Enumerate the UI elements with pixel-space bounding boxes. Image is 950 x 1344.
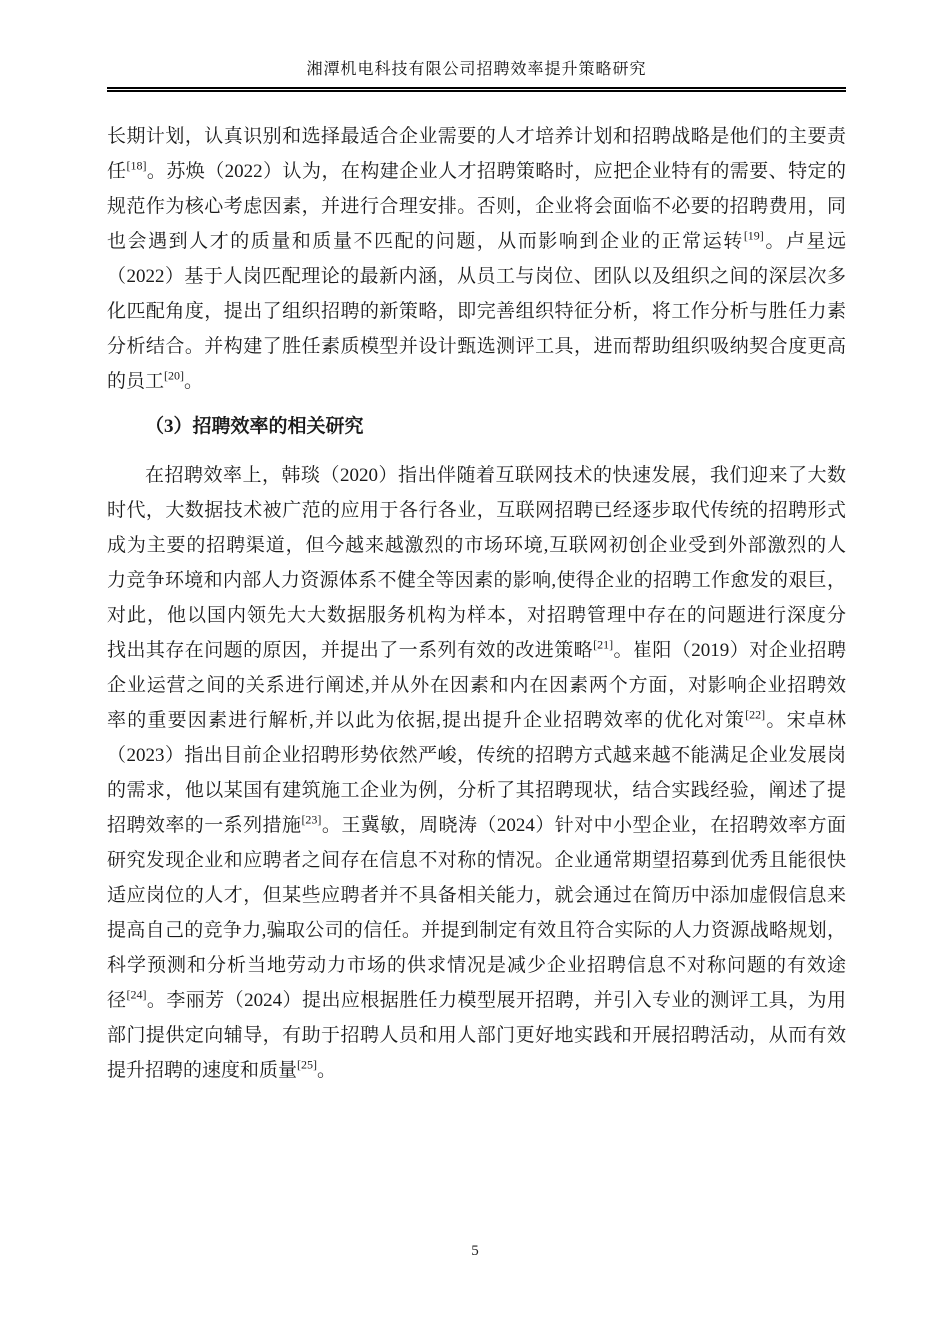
citation-ref: [25] [297,1058,317,1072]
page-header: 湘潭机电科技有限公司招聘效率提升策略研究 [107,58,846,92]
text-line: 成为主要的招聘渠道，但今越来越激烈的市场环境,互联网初创企业受到外部激烈的人 [107,528,846,563]
document-page: 湘潭机电科技有限公司招聘效率提升策略研究 长期计划，认真识别和选择最适合企业需要… [0,0,950,1344]
citation-ref: [22] [745,708,765,722]
text-line: 长期计划，认真识别和选择最适合企业需要的人才培养计划和招聘战略是他们的主要责 [107,119,846,154]
text-line: 科学预测和分析当地劳动力市场的供求情况是减少企业招聘信息不对称问题的有效途 [107,948,846,983]
text-line: 企业运营之间的关系进行阐述,并从外在因素和内在因素两个方面，对影响企业招聘效 [107,668,846,703]
text-line: 提升招聘的速度和质量[25]。 [107,1053,846,1088]
text-line: 提高自己的竞争力,骗取公司的信任。并提到制定有效且符合实际的人力资源战略规划， [107,913,846,948]
paragraph: 在招聘效率上，韩琰（2020）指出伴随着互联网技术的快速发展，我们迎来了大数据时… [107,458,846,1088]
text-line: 率的重要因素进行解析,并以此为依据,提出提升企业招聘效率的优化对策[22]。宋卓… [107,703,846,738]
paragraph: 长期计划，认真识别和选择最适合企业需要的人才培养计划和招聘战略是他们的主要责任[… [107,119,846,399]
text-line: 对此，他以国内领先大大数据服务机构为样本，对招聘管理中存在的问题进行深度分析， [107,598,846,633]
text-line: 任[18]。苏焕（2022）认为，在构建企业人才招聘策略时，应把企业特有的需要、… [107,154,846,189]
text-line: 时代，大数据技术被广范的应用于各行各业，互联网招聘已经逐步取代传统的招聘形式 [107,493,846,528]
text-line: 研究发现企业和应聘者之间存在信息不对称的情况。企业通常期望招募到优秀且能很快 [107,843,846,878]
citation-ref: [18] [126,159,146,173]
header-title: 湘潭机电科技有限公司招聘效率提升策略研究 [107,58,846,82]
citation-ref: [24] [126,988,146,1002]
citation-ref: [21] [593,638,613,652]
text-line: （2022）基于人岗匹配理论的最新内涵，从员工与岗位、团队以及组织之间的深层次多… [107,259,846,294]
text-line: 分析结合。并构建了胜任素质模型并设计甄选测评工具，进而帮助组织吸纳契合度更高 [107,329,846,364]
section-heading: （3）招聘效率的相关研究 [107,409,846,444]
text-line: 部门提供定向辅导，有助于招聘人员和用人部门更好地实践和开展招聘活动，从而有效 [107,1018,846,1053]
citation-ref: [19] [744,229,764,243]
text-line: 规范作为核心考虑因素，并进行合理安排。否则，企业将会面临不必要的招聘费用，同时 [107,189,846,224]
page-number: 5 [471,1243,479,1259]
text-line: （2023）指出目前企业招聘形势依然严峻，传统的招聘方式越来越不能满足企业发展岗… [107,738,846,773]
text-line: 在招聘效率上，韩琰（2020）指出伴随着互联网技术的快速发展，我们迎来了大数据 [107,458,846,493]
text-line: 招聘效率的一系列措施[23]。王冀敏，周晓涛（2024）针对中小型企业，在招聘效… [107,808,846,843]
text-line: 化匹配角度，提出了组织招聘的新策略，即完善组织特征分析，将工作分析与胜任力素质 [107,294,846,329]
text-line: 的员工[20]。 [107,364,846,399]
text-line: 力竞争环境和内部人力资源体系不健全等因素的影响,使得企业的招聘工作愈发的艰巨， [107,563,846,598]
citation-ref: [23] [301,813,321,827]
text-line: 径[24]。李丽芳（2024）提出应根据胜任力模型展开招聘，并引入专业的测评工具… [107,983,846,1018]
page-footer: 5 [0,1242,950,1260]
document-body: 长期计划，认真识别和选择最适合企业需要的人才培养计划和招聘战略是他们的主要责任[… [107,119,846,1088]
header-rule [107,87,846,92]
text-line: 适应岗位的人才，但某些应聘者并不具备相关能力，就会通过在简历中添加虚假信息来 [107,878,846,913]
citation-ref: [20] [164,369,184,383]
text-line: 的需求，他以某国有建筑施工企业为例，分析了其招聘现状，结合实践经验，阐述了提高 [107,773,846,808]
text-line: 找出其存在问题的原因，并提出了一系列有效的改进策略[21]。崔阳（2019）对企… [107,633,846,668]
text-line: 也会遇到人才的质量和质量不匹配的问题，从而影响到企业的正常运转[19]。卢星远 [107,224,846,259]
